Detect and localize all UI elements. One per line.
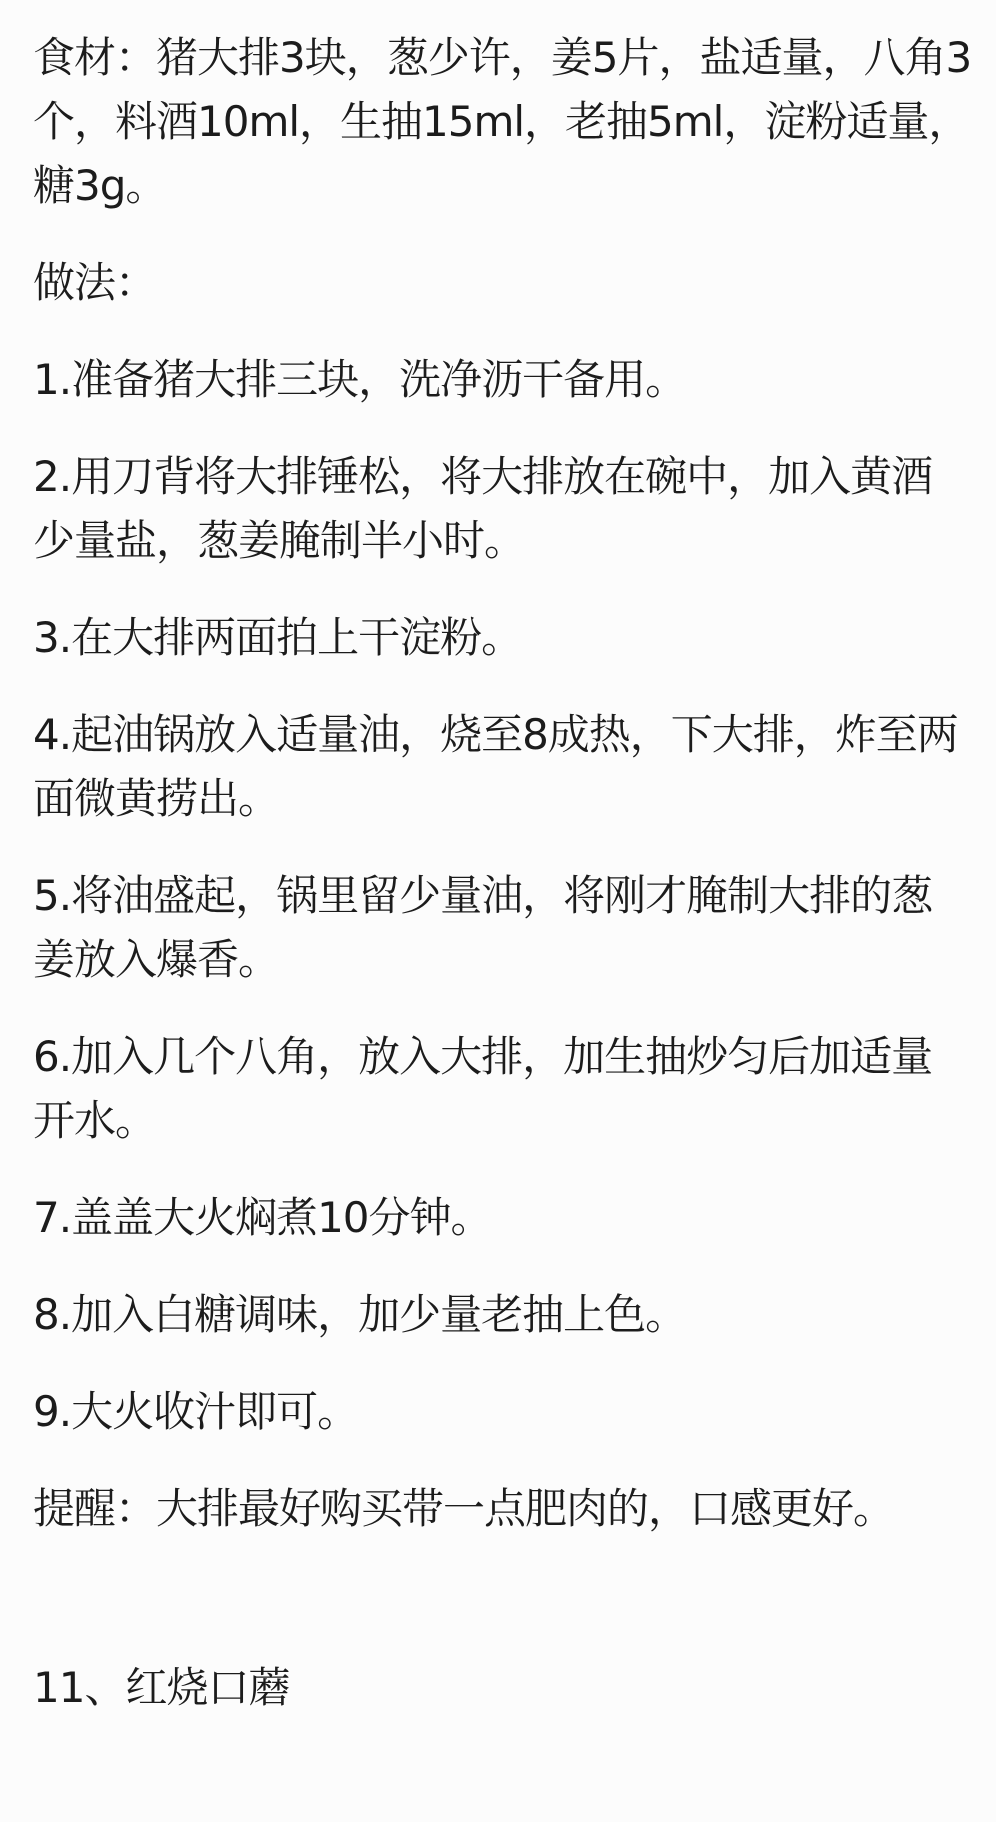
recipe-step-1: 1.准备猪大排三块，洗净沥干备用。 <box>33 348 973 412</box>
next-recipe-heading: 11、红烧口蘑 <box>33 1656 973 1720</box>
recipe-step-2: 2.用刀背将大排锤松，将大排放在碗中，加入黄酒少量盐，葱姜腌制半小时。 <box>33 445 973 573</box>
recipe-step-8: 8.加入白糖调味，加少量老抽上色。 <box>33 1283 973 1347</box>
ingredients-paragraph: 食材：猪大排3块，葱少许，姜5片，盐适量，八角3个，料酒10ml，生抽15ml，… <box>33 26 973 218</box>
recipe-step-3: 3.在大排两面拍上干淀粉。 <box>33 606 973 670</box>
recipe-step-6: 6.加入几个八角，放入大排，加生抽炒匀后加适量开水。 <box>33 1025 973 1153</box>
method-heading: 做法： <box>33 251 973 315</box>
recipe-step-7: 7.盖盖大火焖煮10分钟。 <box>33 1186 973 1250</box>
tip-paragraph: 提醒：大排最好购买带一点肥肉的，口感更好。 <box>33 1477 973 1541</box>
recipe-step-5: 5.将油盛起，锅里留少量油，将刚才腌制大排的葱姜放入爆香。 <box>33 864 973 992</box>
recipe-document: 食材：猪大排3块，葱少许，姜5片，盐适量，八角3个，料酒10ml，生抽15ml，… <box>0 0 996 1822</box>
recipe-step-9: 9.大火收汁即可。 <box>33 1380 973 1444</box>
recipe-step-4: 4.起油锅放入适量油，烧至8成热，下大排，炸至两面微黄捞出。 <box>33 703 973 831</box>
